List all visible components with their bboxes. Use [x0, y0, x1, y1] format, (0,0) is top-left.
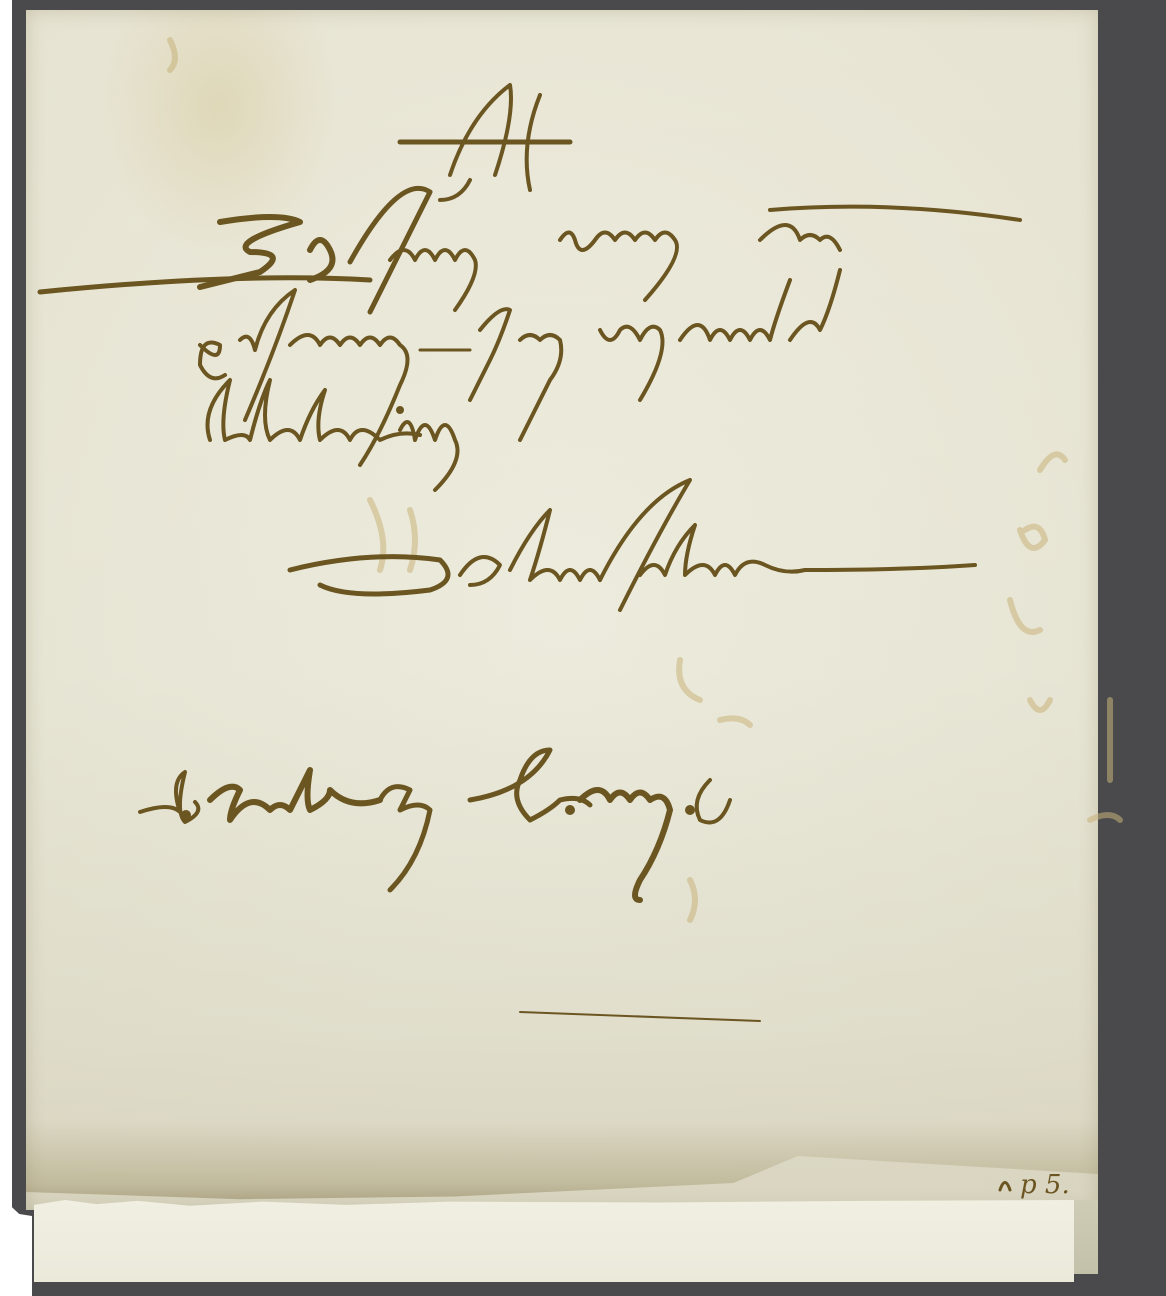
page-mark: p 5. — [1020, 1170, 1070, 1200]
paper-sheet — [26, 10, 1098, 1210]
water-stain — [26, 1120, 1098, 1210]
folded-flap — [34, 1200, 1074, 1282]
scanned-letter-scene: p 5. A[d] Eghomm[?] vromp du diß voey Ja… — [0, 0, 1166, 1296]
flap-shadow-edge — [1074, 1200, 1098, 1274]
